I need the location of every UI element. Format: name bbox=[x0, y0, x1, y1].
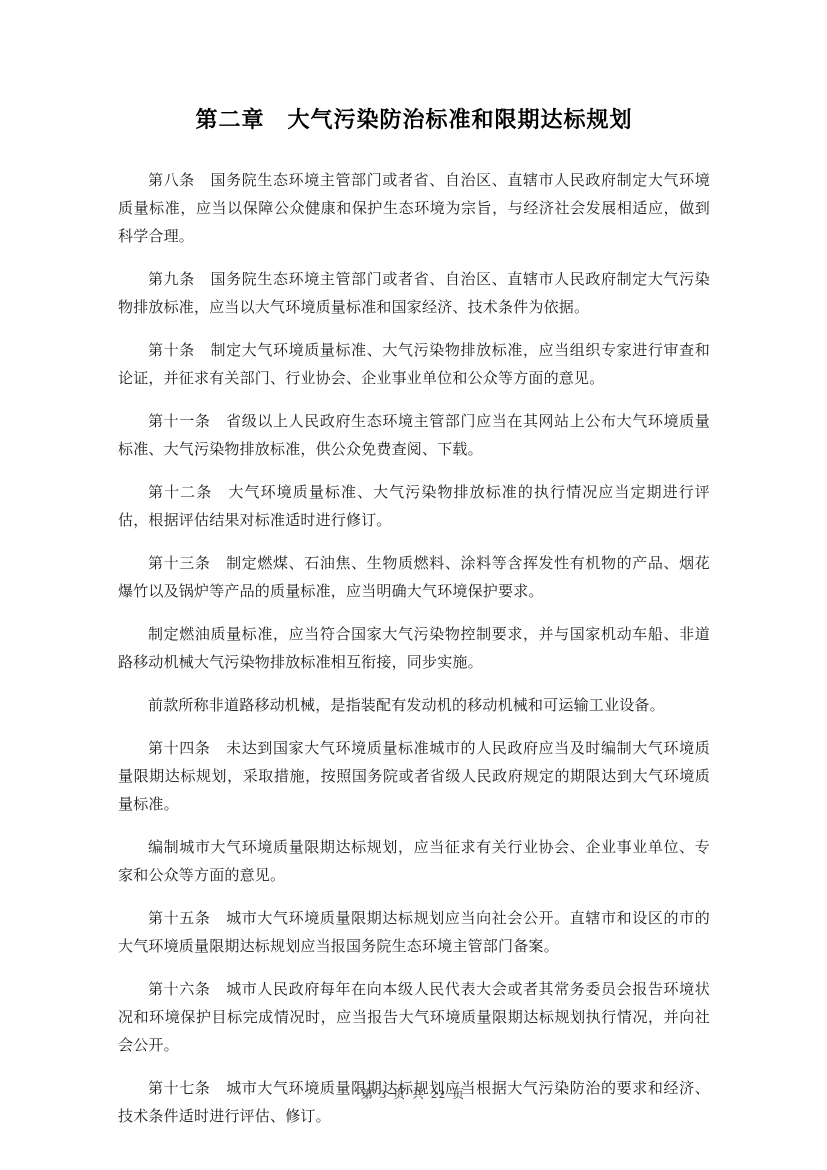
chapter-title: 第二章 大气污染防治标准和限期达标规划 bbox=[118, 103, 710, 137]
paragraph-article-14: 第十四条 未达到国家大气环境质量标准城市的人民政府应当及时编制大气环境质量限期达… bbox=[118, 735, 710, 819]
paragraph-article-16: 第十六条 城市人民政府每年在向本级人民代表大会或者其常务委员会报告环境状况和环境… bbox=[118, 976, 710, 1060]
document-body: 第八条 国务院生态环境主管部门或者省、自治区、直辖市人民政府制定大气环境质量标准… bbox=[118, 167, 710, 1131]
paragraph-article-15: 第十五条 城市大气环境质量限期达标规划应当向社会公开。直辖市和设区的市的大气环境… bbox=[118, 905, 710, 961]
paragraph-article-14-clause-2: 编制城市大气环境质量限期达标规划，应当征求有关行业协会、企业事业单位、专家和公众… bbox=[118, 834, 710, 890]
paragraph-article-12: 第十二条 大气环境质量标准、大气污染物排放标准的执行情况应当定期进行评估，根据评… bbox=[118, 479, 710, 535]
paragraph-article-13: 第十三条 制定燃煤、石油焦、生物质燃料、涂料等含挥发性有机物的产品、烟花爆竹以及… bbox=[118, 550, 710, 606]
page-number-footer: 第 3 页 共 22 页 bbox=[0, 1085, 827, 1102]
paragraph-article-10: 第十条 制定大气环境质量标准、大气污染物排放标准，应当组织专家进行审查和论证，并… bbox=[118, 337, 710, 393]
paragraph-article-13-clause-2: 制定燃油质量标准，应当符合国家大气污染物控制要求，并与国家机动车船、非道路移动机… bbox=[118, 621, 710, 677]
document-page: 第二章 大气污染防治标准和限期达标规划 第八条 国务院生态环境主管部门或者省、自… bbox=[0, 0, 827, 1170]
paragraph-article-9: 第九条 国务院生态环境主管部门或者省、自治区、直辖市人民政府制定大气污染物排放标… bbox=[118, 266, 710, 322]
paragraph-article-11: 第十一条 省级以上人民政府生态环境主管部门应当在其网站上公布大气环境质量标准、大… bbox=[118, 408, 710, 464]
paragraph-article-8: 第八条 国务院生态环境主管部门或者省、自治区、直辖市人民政府制定大气环境质量标准… bbox=[118, 167, 710, 251]
paragraph-article-17: 第十七条 城市大气环境质量限期达标规划应当根据大气污染防治的要求和经济、技术条件… bbox=[118, 1075, 710, 1131]
paragraph-article-13-clause-3: 前款所称非道路移动机械，是指装配有发动机的移动机械和可运输工业设备。 bbox=[118, 692, 710, 720]
